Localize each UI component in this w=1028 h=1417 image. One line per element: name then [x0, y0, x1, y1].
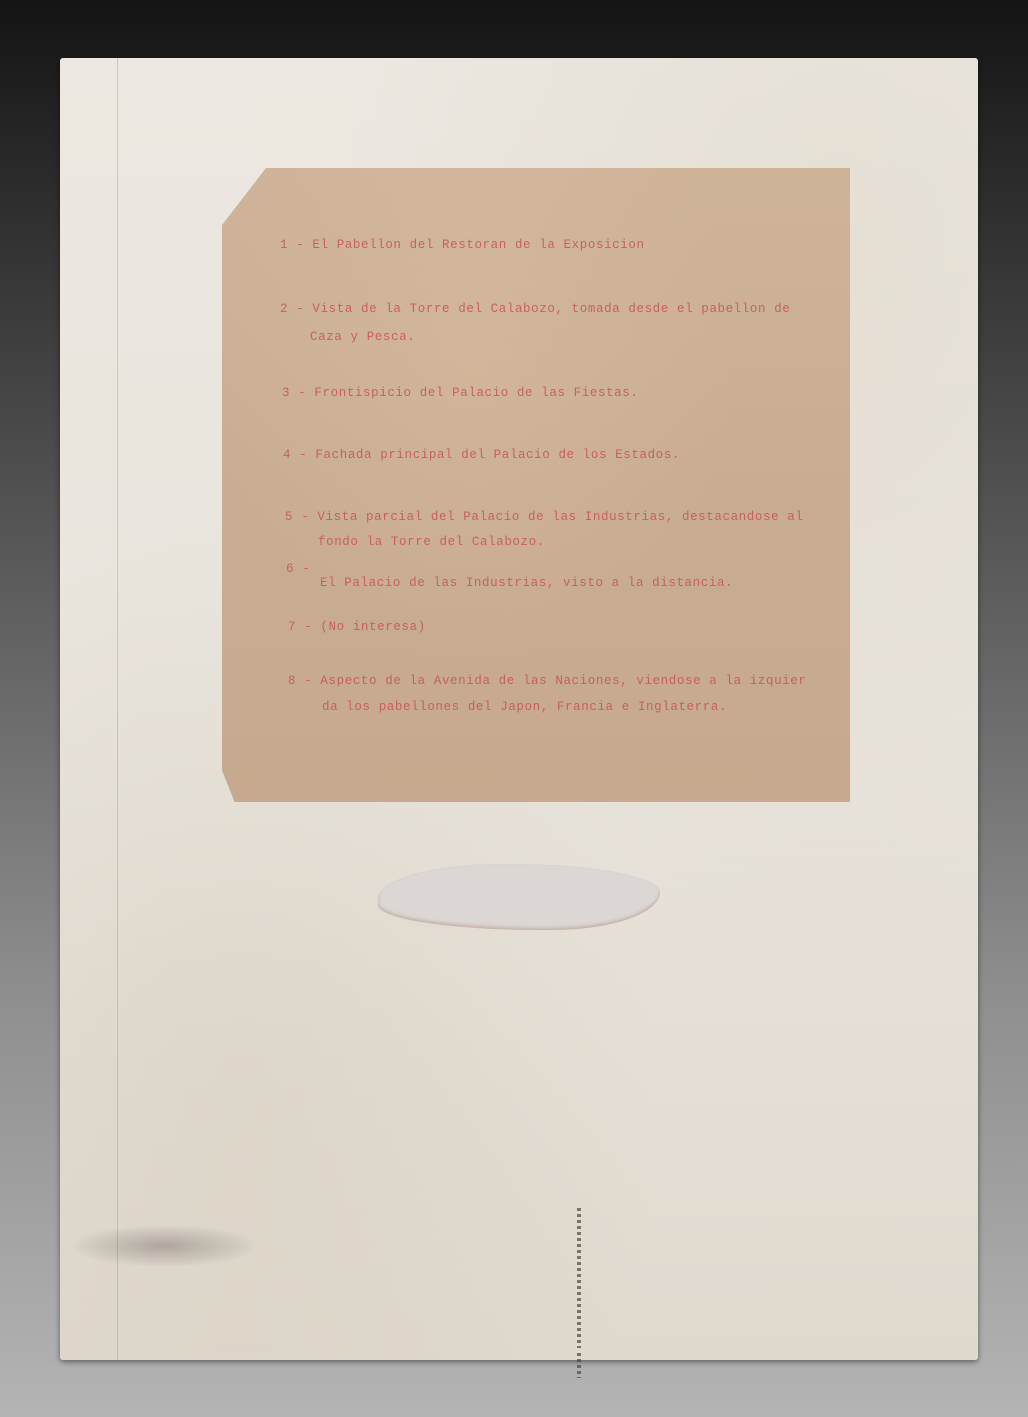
caption-line-1: 1 - El Pabellon del Restoran de la Expos… [280, 238, 645, 252]
stamp-mark-lower [577, 1353, 581, 1378]
caption-line-4: 4 - Fachada principal del Palacio de los… [283, 448, 680, 462]
photo-card-back: 1 - El Pabellon del Restoran de la Expos… [60, 58, 978, 1360]
caption-line-2-cont: Caza y Pesca. [310, 330, 415, 344]
caption-line-6: 6 - [286, 562, 310, 576]
caption-line-3: 3 - Frontispicio del Palacio de las Fies… [282, 386, 638, 400]
caption-line-5-cont: fondo la Torre del Calabozo. [318, 535, 545, 549]
caption-line-2: 2 - Vista de la Torre del Calabozo, toma… [280, 302, 790, 316]
caption-line-6-cont: El Palacio de las Industrias, visto a la… [320, 576, 733, 590]
caption-line-5: 5 - Vista parcial del Palacio de las Ind… [285, 510, 804, 524]
fold-line [117, 58, 118, 1360]
ink-smudge [74, 1226, 254, 1266]
caption-line-8-cont: da los pabellones del Japon, Francia e I… [322, 700, 727, 714]
caption-line-8: 8 - Aspecto de la Avenida de las Nacione… [288, 674, 807, 688]
caption-slip: 1 - El Pabellon del Restoran de la Expos… [222, 168, 850, 802]
glue-stain [378, 864, 660, 930]
caption-line-7: 7 - (No interesa) [288, 620, 426, 634]
stamp-mark [577, 1208, 581, 1348]
